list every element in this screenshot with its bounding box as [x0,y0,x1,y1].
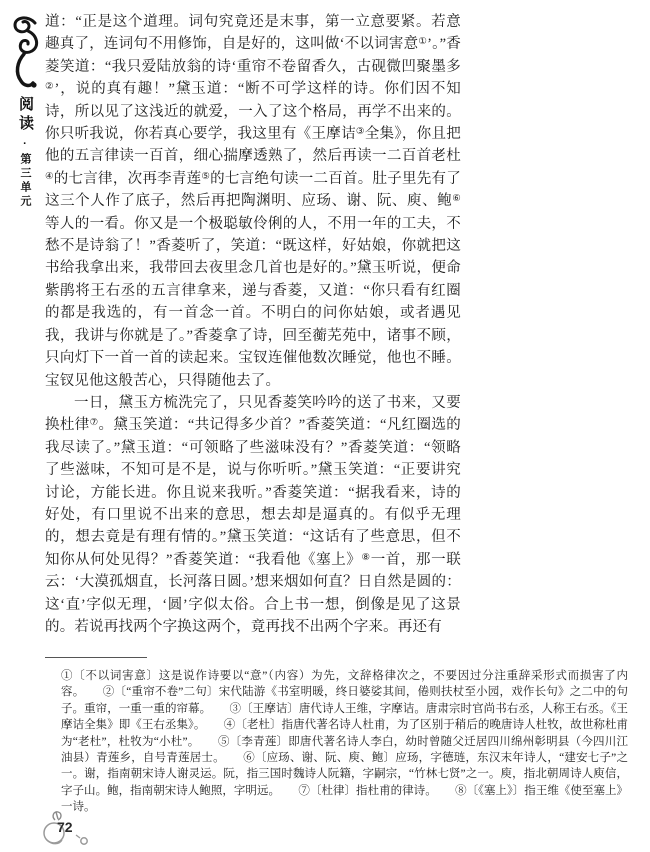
section-label: 阅读 [17,96,34,134]
footnote-item: ⑦〔杜律〕指杜甫的律诗。 [298,785,436,797]
footnote-ref: ③ [356,127,365,137]
footnote-ref: ④ [45,172,54,182]
footnote-ref: ⑧ [362,553,371,563]
footnote-ref: ② [45,82,54,92]
body-text: 道：“正是这个道理。词句究竟还是末事，第一立意要紧。若意趣真了，连词句不用修饰，… [45,11,461,638]
body-paragraph: 道：“正是这个道理。词句究竟还是末事，第一立意要紧。若意趣真了，连词句不用修饰，… [45,11,461,392]
footnote-ref: ⑥ [452,194,461,204]
textbook-page: 阅读·第三单元 道：“正是这个道理。词句究竟还是末事，第一立意要紧。若意趣真了，… [0,0,650,852]
body-paragraph: 一日，黛玉方梳洗完了，只见香菱笑吟吟的送了书来，又要换杜律⑦。黛玉笑道：“共记得… [45,392,461,638]
footnote-ref: ⑤ [201,172,210,182]
footnote-divider [45,657,147,658]
sidebar-unit-label: 阅读·第三单元 [15,96,36,209]
footnote-ref: ⑦ [90,418,99,428]
page-footer: 72 [40,808,100,850]
calligraphic-flourish-icon [8,14,42,96]
page-number: 72 [57,819,73,835]
footnote-ref: ① [418,37,427,47]
unit-label: ·第三单元 [19,138,31,209]
footnotes: ①〔不以词害意〕这是说作诗要以“意”（内容）为先，文辞格律次之，不要因过分注重辞… [61,668,628,816]
